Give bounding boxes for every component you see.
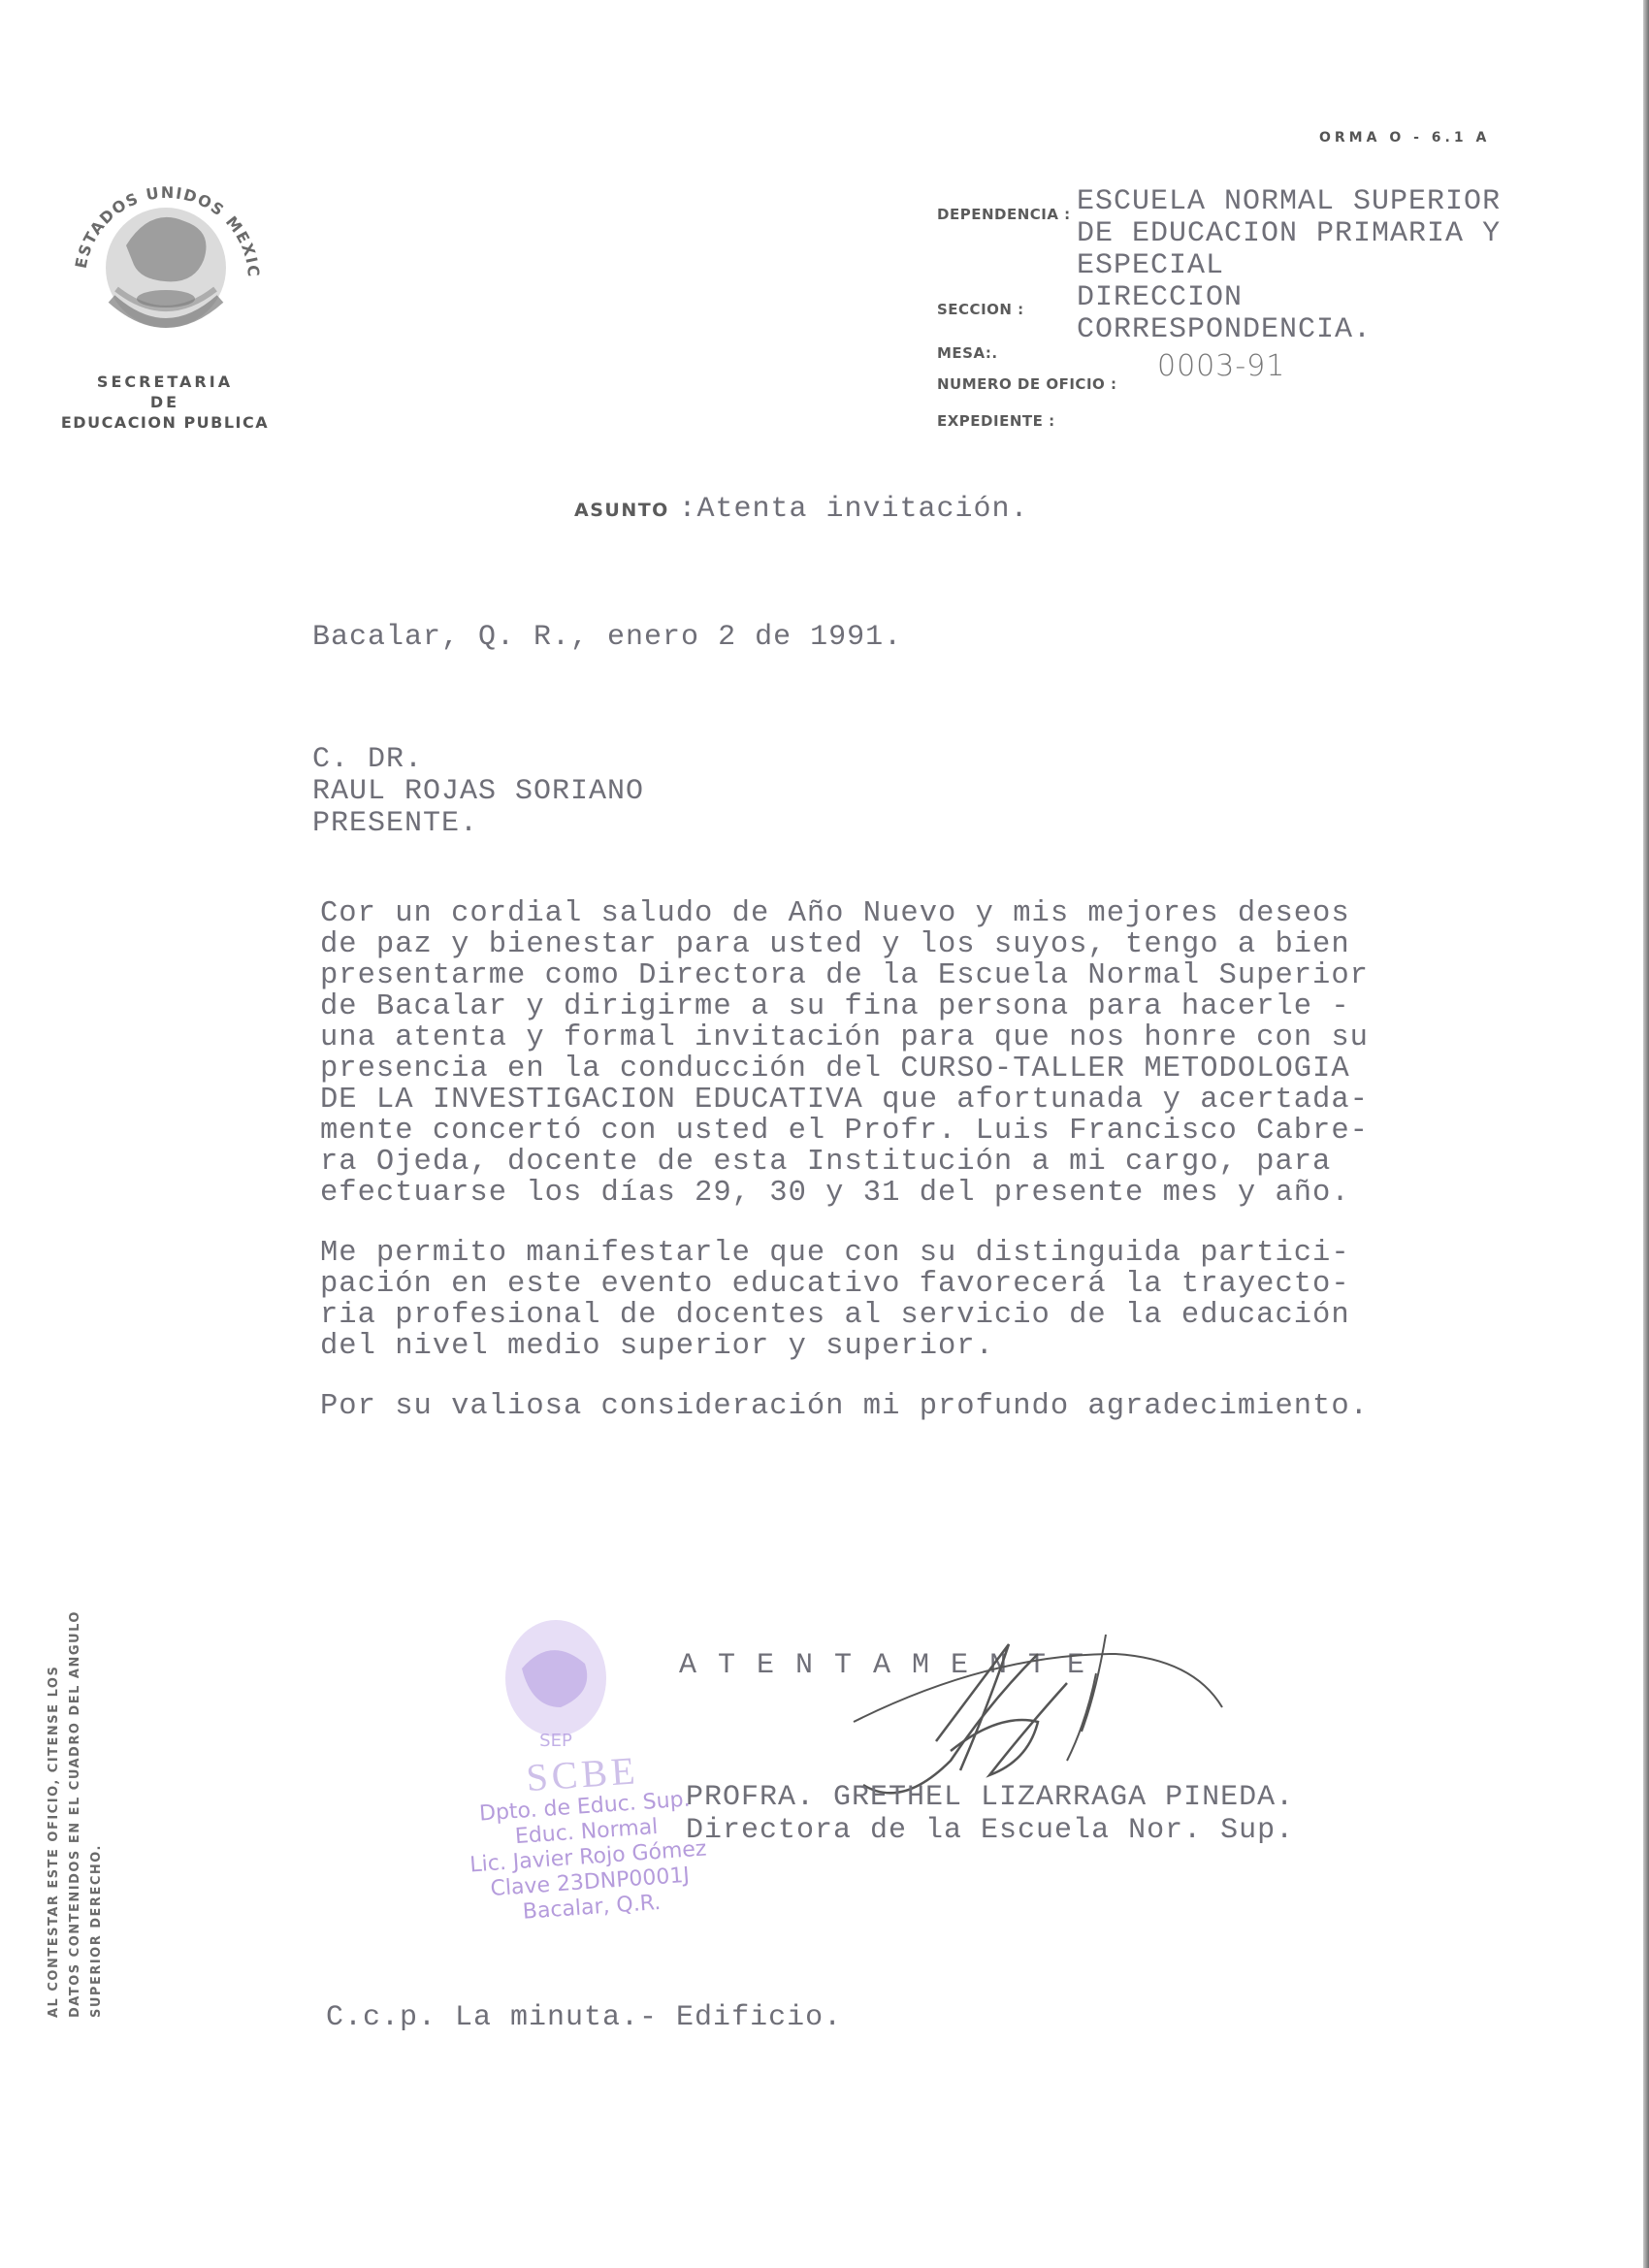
body-line: de Bacalar y dirigirme a su fina persona… [320, 991, 1465, 1022]
body-line: efectuarse los días 29, 30 y 31 del pres… [320, 1178, 1465, 1209]
reply-instructions: AL CONTESTAR ESTE OFICIO, CITENSE LOS DA… [44, 1533, 108, 2018]
recipient-line: RAUL ROJAS SORIANO [312, 776, 644, 808]
ministry-name: SECRETARIA DE EDUCACION PUBLICA [29, 372, 301, 433]
scan-edge [1643, 0, 1649, 2268]
ccp-line: C.c.p. La minuta.- Edificio. [326, 2001, 842, 2034]
asunto-value: :Atenta invitación. [678, 493, 1028, 526]
numero-oficio-label: NUMERO DE OFICIO : [937, 375, 1117, 393]
svg-text:SEP: SEP [539, 1731, 572, 1751]
date-line: Bacalar, Q. R., enero 2 de 1991. [312, 621, 902, 654]
letter-body: Cor un cordial saludo de Año Nuevo y mis… [320, 898, 1465, 1451]
body-line: una atenta y formal invitación para que … [320, 1022, 1465, 1053]
dependencia-value: ESPECIAL [1077, 250, 1501, 282]
signer-block: PROFRA. GRETHEL LIZARRAGA PINEDA. Direct… [686, 1781, 1294, 1847]
form-code: ORMA O - 6.1 A [1319, 130, 1490, 146]
ministry-line: EDUCACION PUBLICA [29, 412, 301, 433]
mesa-label: MESA:. [937, 344, 998, 362]
signer-name: PROFRA. GRETHEL LIZARRAGA PINEDA. [686, 1781, 1294, 1814]
side-note-line: AL CONTESTAR ESTE OFICIO, CITENSE LOS [44, 1533, 65, 2018]
body-paragraph: Me permito manifestarle que con su disti… [320, 1238, 1465, 1362]
asunto-label: ASUNTO [574, 500, 669, 521]
body-line: pación en este evento educativo favorece… [320, 1269, 1465, 1300]
expediente-label: EXPEDIENTE : [937, 412, 1055, 430]
body-line: mente concertó con usted el Profr. Luis … [320, 1116, 1465, 1147]
dependencia-value: DE EDUCACION PRIMARIA Y [1077, 218, 1501, 250]
body-paragraph: Por su valiosa consideración mi profundo… [320, 1391, 1465, 1422]
stamp-seal-icon: SEP [493, 1610, 619, 1756]
body-line: del nivel medio superior y superior. [320, 1331, 1465, 1362]
recipient-block: C. DR. RAUL ROJAS SORIANO PRESENTE. [312, 744, 644, 840]
dependencia-label: DEPENDENCIA : [937, 206, 1071, 223]
body-line: ra Ojeda, docente de esta Institución a … [320, 1147, 1465, 1178]
body-line: de paz y bienestar para usted y los suyo… [320, 929, 1465, 960]
dependencia-value: ESCUELA NORMAL SUPERIOR [1077, 186, 1501, 218]
signer-title: Directora de la Escuela Nor. Sup. [686, 1814, 1294, 1847]
body-line: ria profesional de docentes al servicio … [320, 1300, 1465, 1331]
seccion-value: DIRECCION [1077, 282, 1501, 314]
coat-of-arms-icon: ESTADOS UNIDOS MEXICANOS [58, 153, 274, 369]
official-stamp: SCBE Dpto. de Educ. Sup. Educ. Normal Li… [450, 1745, 723, 1929]
recipient-line: PRESENTE. [312, 808, 644, 840]
body-line: presentarme como Directora de la Escuela… [320, 960, 1465, 991]
body-paragraph: Cor un cordial saludo de Año Nuevo y mis… [320, 898, 1465, 1209]
mesa-value: CORRESPONDENCIA. [1077, 314, 1501, 346]
subject-line: ASUNTO :Atenta invitación. [574, 493, 1029, 526]
body-line: Me permito manifestarle que con su disti… [320, 1238, 1465, 1269]
reference-values: ESCUELA NORMAL SUPERIOR DE EDUCACION PRI… [1077, 186, 1501, 346]
seccion-label: SECCION : [937, 301, 1024, 318]
side-note-line: SUPERIOR DERECHO. [86, 1533, 108, 2018]
numero-oficio-value: 0003-91 [1157, 349, 1285, 383]
side-note-line: DATOS CONTENIDOS EN EL CUADRO DEL ANGULO [65, 1533, 86, 2018]
body-line: presencia en la conducción del CURSO-TAL… [320, 1053, 1465, 1085]
body-line: Cor un cordial saludo de Año Nuevo y mis… [320, 898, 1465, 929]
recipient-line: C. DR. [312, 744, 644, 776]
ministry-line: DE [29, 392, 301, 412]
body-line: Por su valiosa consideración mi profundo… [320, 1391, 1465, 1422]
body-line: DE LA INVESTIGACION EDUCATIVA que afortu… [320, 1085, 1465, 1116]
ministry-line: SECRETARIA [29, 372, 301, 392]
